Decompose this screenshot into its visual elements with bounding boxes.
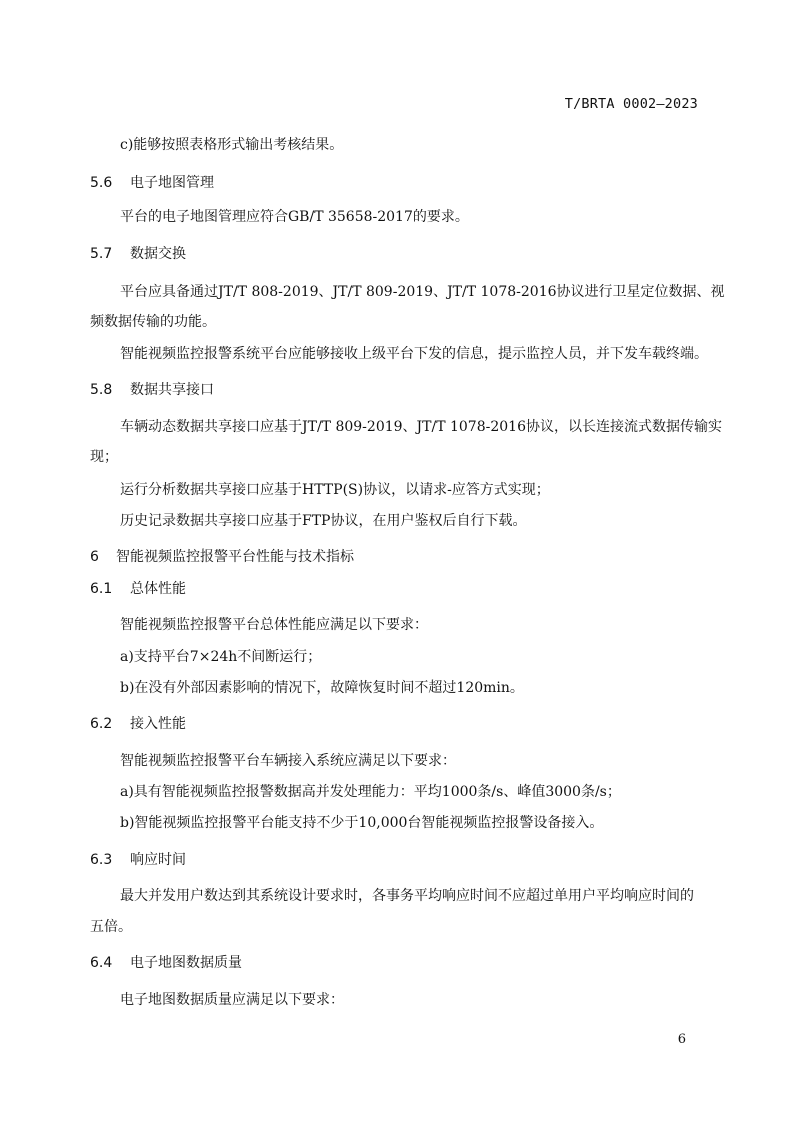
paragraph: 运行分析数据共享接口应基于HTTP(S)协议，以请求-应答方式实现； bbox=[120, 479, 550, 499]
section-number: 6.4 bbox=[90, 955, 130, 971]
section-title: 电子地图管理 bbox=[130, 175, 214, 191]
section-heading-6-2: 6.2接入性能 bbox=[90, 713, 186, 733]
list-item-a: a)具有智能视频监控报警数据高并发处理能力：平均1000条/s、峰值3000条/… bbox=[120, 781, 621, 801]
section-title: 数据共享接口 bbox=[130, 382, 214, 398]
paragraph: 智能视频监控报警系统平台应能够接收上级平台下发的信息，提示监控人员，并下发车载终… bbox=[120, 343, 708, 363]
list-item-c: c)能够按照表格形式输出考核结果。 bbox=[120, 134, 343, 154]
paragraph: 电子地图数据质量应满足以下要求： bbox=[120, 989, 344, 1009]
chapter-title: 智能视频监控报警平台性能与技术指标 bbox=[116, 549, 354, 565]
section-number: 6.3 bbox=[90, 852, 130, 868]
list-item-b: b)智能视频监控报警平台能支持不少于10,000台智能视频监控报警设备接入。 bbox=[120, 812, 603, 832]
paragraph-continuation: 现； bbox=[90, 446, 118, 466]
section-number: 5.7 bbox=[90, 246, 130, 262]
list-item-a: a)支持平台7×24h不间断运行； bbox=[120, 646, 321, 666]
paragraph: 智能视频监控报警平台车辆接入系统应满足以下要求： bbox=[120, 750, 456, 770]
section-heading-6-3: 6.3响应时间 bbox=[90, 849, 186, 869]
paragraph-continuation: 五倍。 bbox=[90, 916, 132, 936]
chapter-heading-6: 6智能视频监控报警平台性能与技术指标 bbox=[90, 546, 354, 566]
section-number: 6.2 bbox=[90, 716, 130, 732]
section-title: 总体性能 bbox=[130, 581, 186, 597]
paragraph: 最大并发用户数达到其系统设计要求时，各事务平均响应时间不应超过单用户平均响应时间… bbox=[120, 885, 694, 905]
section-title: 电子地图数据质量 bbox=[130, 955, 242, 971]
paragraph: 车辆动态数据共享接口应基于JT/T 809-2019、JT/T 1078-201… bbox=[120, 416, 722, 436]
section-number: 6.1 bbox=[90, 581, 130, 597]
section-title: 接入性能 bbox=[130, 716, 186, 732]
section-heading-6-1: 6.1总体性能 bbox=[90, 578, 186, 598]
chapter-number: 6 bbox=[90, 549, 116, 565]
paragraph-continuation: 频数据传输的功能。 bbox=[90, 311, 216, 331]
page-number: 6 bbox=[678, 1032, 686, 1047]
paragraph: 平台的电子地图管理应符合GB/T 35658-2017的要求。 bbox=[120, 206, 469, 226]
paragraph: 历史记录数据共享接口应基于FTP协议，在用户鉴权后自行下载。 bbox=[120, 510, 526, 530]
section-title: 数据交换 bbox=[130, 246, 186, 262]
section-title: 响应时间 bbox=[130, 852, 186, 868]
section-heading-5-7: 5.7数据交换 bbox=[90, 243, 186, 263]
section-number: 5.8 bbox=[90, 382, 130, 398]
section-heading-5-6: 5.6电子地图管理 bbox=[90, 172, 214, 192]
paragraph: 平台应具备通过JT/T 808-2019、JT/T 809-2019、JT/T … bbox=[120, 281, 725, 301]
document-code: T/BRTA 0002—2023 bbox=[565, 96, 698, 112]
section-heading-6-4: 6.4电子地图数据质量 bbox=[90, 952, 242, 972]
paragraph: 智能视频监控报警平台总体性能应满足以下要求： bbox=[120, 614, 428, 634]
section-number: 5.6 bbox=[90, 175, 130, 191]
section-heading-5-8: 5.8数据共享接口 bbox=[90, 379, 214, 399]
list-item-b: b)在没有外部因素影响的情况下，故障恢复时间不超过120min。 bbox=[120, 677, 524, 697]
